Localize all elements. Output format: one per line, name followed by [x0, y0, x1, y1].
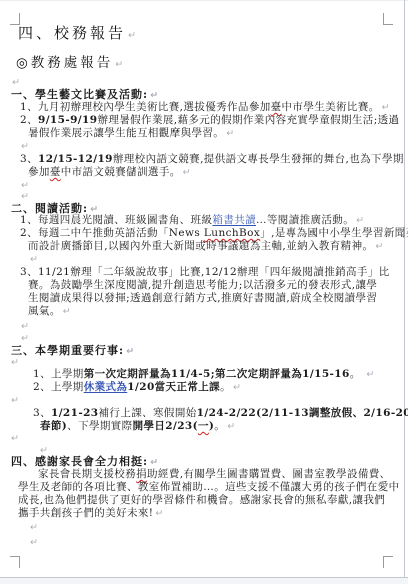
empty-line: ↵	[9, 394, 19, 407]
text-run: 暑假作業展示讓學生能互相觀摩與學習。	[28, 127, 224, 139]
text-run: 開學日2/23(	[133, 420, 198, 432]
text-run: 1、九月初辦理校內學生美術比賽,選拔優秀作品參加	[20, 101, 271, 113]
paragraph-mark-icon: ↵	[227, 421, 235, 432]
dept-title: ◎教務處報告↵	[16, 55, 123, 73]
s1-item1: 1、九月初辦理校內學生美術比賽,選拔優秀作品參加臺中市學生美術比賽。↵	[20, 101, 390, 114]
text-run: 三、本學期重要行事:	[11, 344, 124, 357]
text-run: 賽。為鼓勵學生深度閱讀,提升創造思考能力;以活潑多元的發表形式,讓學	[28, 279, 377, 291]
text-run: 風氣。	[28, 305, 61, 317]
s2-item1: 1、每週四晨光閱讀、班級圖書角、班級箱書共讀…等閱讀推廣活動。↵	[20, 214, 364, 227]
paragraph-mark-icon: ↵	[150, 90, 158, 101]
paragraph-mark-icon: ↵	[150, 457, 158, 468]
section-1-heading: 一、學生藝文比賽及活動:↵	[11, 88, 158, 102]
text-run: 。	[220, 381, 231, 393]
paragraph-mark-icon: ↵	[30, 522, 38, 533]
margin-crop-mark-top-right	[383, 13, 393, 25]
text-run: 辦理暑假作業展,藉多元的假期作業內容充實學童假期生活;透過	[97, 114, 399, 126]
paragraph-mark-icon: ↵	[21, 333, 29, 344]
margin-crop-mark-bottom-left	[10, 556, 20, 568]
paragraph-mark-icon: ↵	[356, 215, 364, 226]
paragraph-mark-icon: ↵	[366, 369, 374, 380]
paragraph-mark-icon: ↵	[375, 241, 383, 252]
text-run: 辦理校內語文競賽,提供語文專長學生發揮的舞台,也為下學期	[113, 153, 404, 165]
paragraph-mark-icon: ↵	[11, 357, 19, 368]
s1-item3-line1: 3、12/15-12/19辦理校內語文競賽,提供語文專長學生發揮的舞台,也為下學…	[20, 153, 404, 166]
s3-item3-line1: 3、1/21-23補行上課、寒假開始1/24-2/22(2/11-13調整放假、…	[33, 407, 408, 420]
text-run: 12/15-12/19	[38, 153, 113, 165]
s3-item1: 1、上學期第一次定期評量為11/4-5;第二次定期評量為1/15-16。 ↵	[33, 368, 374, 381]
text-run: 學生及老師的各項比賽、教室佈置補助…。這些支援不僅讓大勇的孩子們在愛中	[18, 481, 400, 493]
text-run: 3、	[33, 407, 51, 419]
text-run: 1/21-23	[51, 407, 99, 419]
text-run: …等閱讀推廣活動。	[256, 214, 354, 226]
section-3-heading: 三、本學期重要行事:↵	[11, 344, 134, 358]
text-run: 2、	[20, 114, 38, 126]
text-run: 四、校務報告	[18, 24, 126, 42]
paragraph-mark-icon: ↵	[30, 537, 38, 548]
text-run: 」,是專為國中小學生學習新聞英語	[260, 227, 408, 239]
paragraph-mark-icon: ↵	[126, 346, 134, 357]
paragraph-mark-icon: ↵	[115, 59, 123, 70]
text-run: 1、每週四晨光閱讀、班級圖書角、班級	[20, 214, 212, 226]
paragraph-mark-icon: ↵	[11, 395, 19, 406]
text-run: 一、學生藝文比賽及活動:	[11, 88, 148, 101]
text-run: 1、上學期	[33, 368, 84, 380]
section-4-heading: 四、感謝家長會全力相挺:↵	[11, 455, 158, 469]
text-run: 而設計廣播節目,以國內外重大新聞或時事議題為主軸,並納入教育精神。	[28, 240, 373, 252]
text-run: 臺	[271, 101, 282, 113]
empty-line: ↵	[28, 253, 38, 266]
empty-line: ↵	[9, 356, 19, 369]
empty-line: ↵	[19, 140, 29, 153]
text-run: 生閱讀成果得以發揮;透過創意行銷方式,推廣好書閱讀,蔚成全校閱讀學習	[28, 292, 377, 304]
s1-item3-line2: 參加臺中市語文競賽儲訓選手。↵	[28, 166, 191, 179]
text-run: 成長,也為他們提供了更好的學習條件和機會。感謝家長會的無私奉獻,讓我們	[18, 494, 385, 506]
text-run: 休業式為	[84, 381, 128, 393]
document-page[interactable]: 四、校務報告↵◎教務處報告↵↵一、學生藝文比賽及活動:↵1、九月初辦理校內學生美…	[0, 0, 408, 584]
s2-item3-line4: 風氣。↵	[28, 305, 71, 318]
text-run: 臺	[50, 166, 61, 178]
text-run: 3、11/21辦理「二年級說故事」比賽,12/12辦理「四年級閱讀推銷高手」比	[20, 266, 390, 278]
text-run: 中市學生美術比賽。	[282, 101, 380, 113]
text-run: 。	[350, 368, 365, 380]
margin-crop-mark-bottom-right	[383, 556, 393, 568]
s3-item2: 2、上學期休業式為1/20當天正常上課。↵	[33, 381, 241, 394]
text-run: 中市語文競賽儲訓選手。	[61, 166, 181, 178]
s2-item2-line1: 2、每週二中午推動英語活動「News LunchBox」,是專為國中小學生學習新…	[20, 227, 408, 240]
paragraph-mark-icon: ↵	[128, 30, 136, 41]
text-run: 2、每週二中午推動英語活動「News	[20, 227, 204, 239]
text-run: 家長會長期支援校務	[38, 468, 136, 480]
paragraph-mark-icon: ↵	[21, 141, 29, 152]
s2-item3-line3: 生閱讀成果得以發揮;透過創意行銷方式,推廣好書閱讀,蔚成全校閱讀學習	[28, 292, 377, 305]
empty-line: ↵	[28, 536, 38, 549]
paragraph-mark-icon: ↵	[63, 306, 71, 317]
paragraph-mark-icon: ↵	[233, 382, 241, 393]
s1-item2-line1: 2、9/15-9/19辦理暑假作業展,藉多元的假期作業內容充實學童假期生活;透過	[20, 114, 399, 127]
page-background-below	[0, 578, 408, 584]
text-run: ◎教務處報告	[16, 55, 113, 71]
text-run: 2、上學期	[33, 381, 84, 393]
paragraph-mark-icon: ↵	[12, 77, 20, 88]
text-run: 助經費,有關學生圖書購置費、圖書室教學設備費、	[147, 468, 391, 480]
text-run: 一	[198, 420, 209, 432]
paragraph-mark-icon: ↵	[21, 321, 29, 332]
text-run: 四、感謝家長會全力相挺:	[11, 455, 148, 468]
doc-title: 四、校務報告↵	[18, 25, 136, 44]
s4-para-line3: 成長,也為他們提供了更好的學習條件和機會。感謝家長會的無私奉獻,讓我們	[18, 494, 385, 507]
paragraph-mark-icon: ↵	[226, 128, 234, 139]
paragraph-mark-icon: ↵	[382, 102, 390, 113]
empty-line: ↵	[28, 521, 38, 534]
text-run: 參加	[28, 166, 50, 178]
s1-item2-line2: 暑假作業展示讓學生能互相觀摩與學習。↵	[28, 127, 234, 140]
paragraph-mark-icon: ↵	[183, 167, 191, 178]
s2-item3-line1: 3、11/21辦理「二年級說故事」比賽,12/12辦理「四年級閱讀推銷高手」比	[20, 266, 390, 279]
s3-item3-line2: 春節)、下學期實際開學日2/23(一)。↵	[40, 420, 235, 433]
page-edge-right	[404, 0, 405, 578]
paragraph-mark-icon: ↵	[21, 191, 29, 202]
empty-line: ↵	[9, 432, 19, 445]
paragraph-mark-icon: ↵	[30, 254, 38, 265]
paragraph-mark-icon: ↵	[11, 433, 19, 444]
text-run: LunchBox	[204, 227, 260, 239]
s4-para-line2: 學生及老師的各項比賽、教室佈置補助…。這些支援不僅讓大勇的孩子們在愛中	[18, 481, 400, 494]
text-run: 箱書共讀	[212, 214, 256, 226]
text-run: 1/24-2/22(2/11-13調整放假、2/16-20除夕及	[197, 407, 408, 419]
text-run: 春節)	[40, 420, 67, 432]
s2-item2-line2: 而設計廣播節目,以國內外重大新聞或時事議題為主軸,並納入教育精神。↵	[28, 240, 383, 253]
page-edge-top	[0, 0, 408, 1]
text-run: 9/15-9/19	[38, 114, 97, 126]
text-run: 捐	[136, 468, 147, 480]
text-run: 攜手共創孩子們的美好未來!	[18, 507, 153, 519]
text-run: 1/20當天正常上課	[127, 381, 220, 393]
text-run: 、下學期實際	[67, 420, 132, 432]
s4-para-line4: 攜手共創孩子們的美好未來!↵	[18, 507, 163, 520]
text-run: 3、	[20, 153, 38, 165]
s2-item3-line2: 賽。為鼓勵學生深度閱讀,提升創造思考能力;以活潑多元的發表形式,讓學	[28, 279, 377, 292]
text-run: 。	[214, 420, 225, 432]
text-run: 補行上課、寒假開始	[99, 407, 197, 419]
s4-para-line1: 家長會長期支援校務捐助經費,有關學生圖書購置費、圖書室教學設備費、	[38, 468, 391, 481]
text-run: 第一次定期評量為11/4-5;第二次定期評量為1/15-16	[84, 368, 350, 380]
paragraph-mark-icon: ↵	[155, 508, 163, 519]
